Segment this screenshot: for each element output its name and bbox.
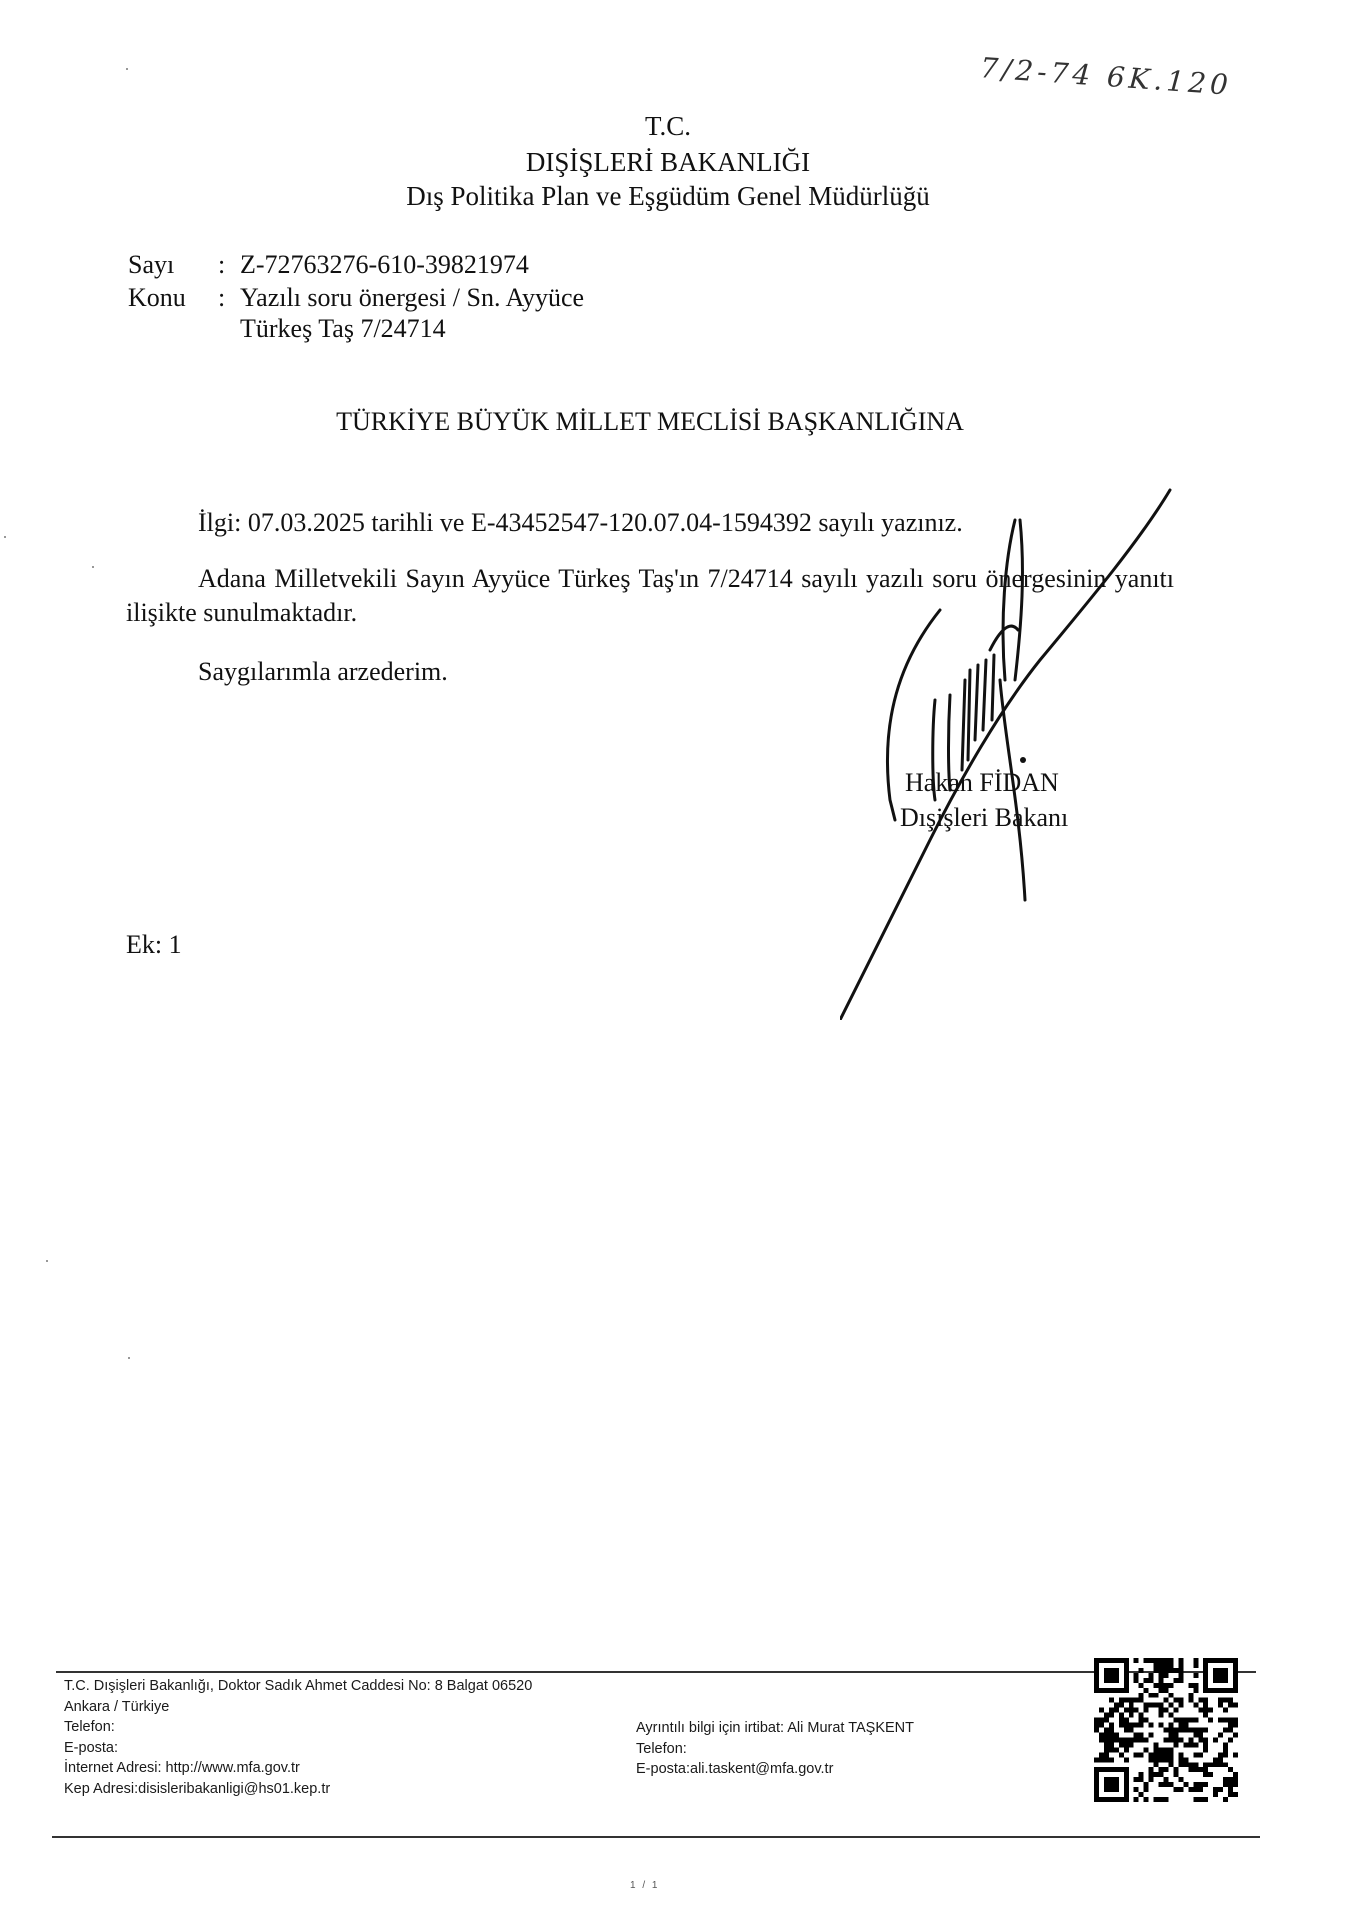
contact-phone: Telefon: (636, 1739, 914, 1760)
konu-value-line2: Türkeş Taş 7/24714 (240, 314, 446, 344)
sayi-colon: : (218, 250, 225, 280)
addressee: TÜRKİYE BÜYÜK MİLLET MECLİSİ BAŞKANLIĞIN… (0, 407, 1300, 437)
footer-kep: Kep Adresi:disisleribakanligi@hs01.kep.t… (64, 1779, 532, 1800)
footer-address: T.C. Dışişleri Bakanlığı, Doktor Sadık A… (64, 1676, 532, 1697)
signer-title: Dışişleri Bakanı (900, 803, 1068, 833)
footer-divider-top (56, 1671, 1256, 1673)
header-ministry: DIŞİŞLERİ BAKANLIĞI (0, 146, 1348, 178)
page-number: 1 / 1 (630, 1880, 659, 1891)
header-department: Dış Politika Plan ve Eşgüdüm Genel Müdür… (0, 180, 1348, 212)
footer-website: İnternet Adresi: http://www.mfa.gov.tr (64, 1758, 532, 1779)
contact-email: E-posta:ali.taskent@mfa.gov.tr (636, 1759, 914, 1780)
sayi-label: Sayı (128, 250, 174, 280)
signer-name: Hakan FİDAN (905, 768, 1059, 798)
header-tc: T.C. (0, 110, 1348, 142)
footer-divider-bottom (52, 1836, 1260, 1838)
contact-person: Ayrıntılı bilgi için irtibat: Ali Murat … (636, 1718, 914, 1739)
konu-value-line1: Yazılı soru önergesi / Sn. Ayyüce (240, 283, 584, 313)
footer-contact-left: T.C. Dışişleri Bakanlığı, Doktor Sadık A… (64, 1676, 532, 1799)
footer-city: Ankara / Türkiye (64, 1697, 532, 1718)
qr-code-icon (1092, 1658, 1240, 1802)
konu-label: Konu (128, 283, 186, 313)
konu-colon: : (218, 283, 225, 313)
sayi-value: Z-72763276-610-39821974 (240, 250, 529, 280)
signature-scribble-icon (840, 480, 1180, 1020)
footer-email: E-posta: (64, 1738, 532, 1759)
attachment-count: Ek: 1 (126, 930, 182, 960)
handwritten-annotation: 7/2-74 6K.120 (979, 51, 1233, 102)
footer-phone: Telefon: (64, 1717, 532, 1738)
closing-line: Saygılarımla arzederim. (198, 657, 448, 687)
footer-contact-person: Ayrıntılı bilgi için irtibat: Ali Murat … (636, 1718, 914, 1780)
